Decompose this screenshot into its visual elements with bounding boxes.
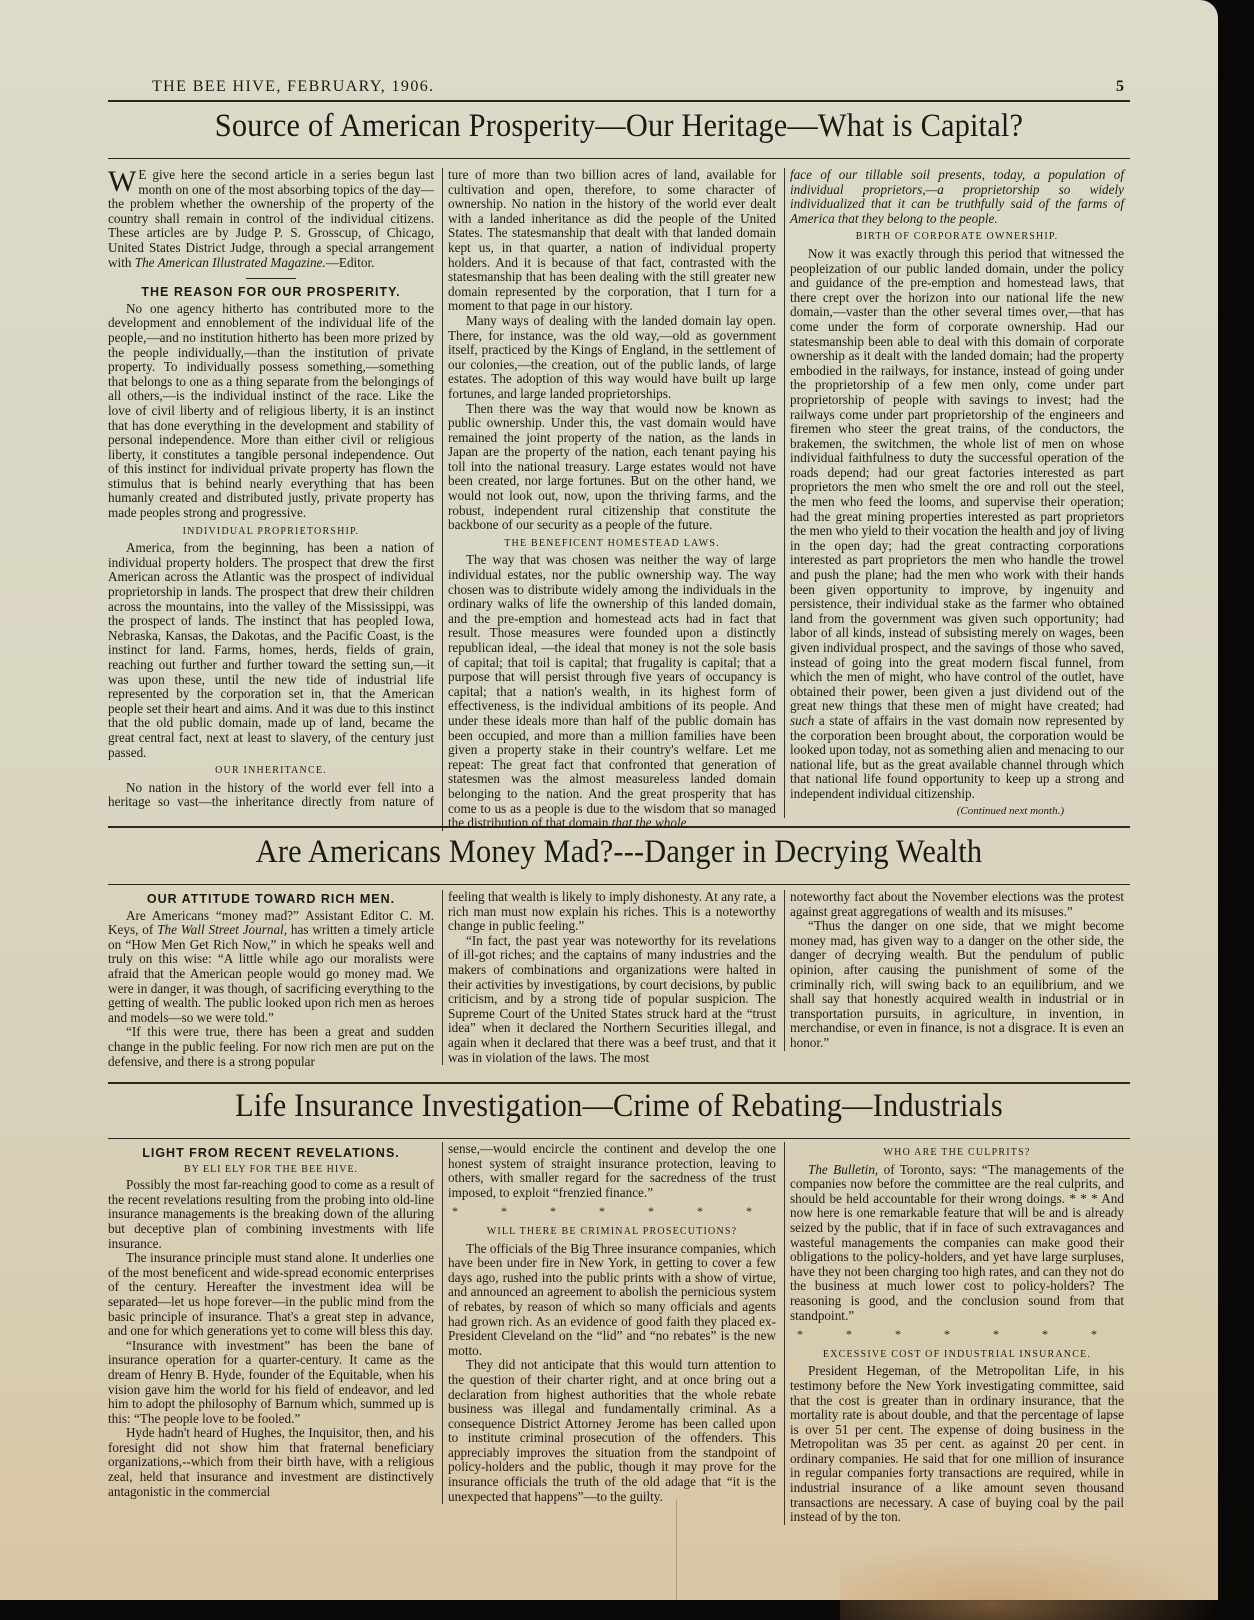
article2-rule <box>108 884 1130 885</box>
article1-rule <box>108 158 1130 159</box>
paragraph: Now it was exactly through this period t… <box>790 247 1124 802</box>
paragraph: Are Americans “money mad?” Assistant Edi… <box>108 909 434 1026</box>
subhead-inheritance: OUR INHERITANCE. <box>108 764 434 779</box>
header-rule <box>108 100 1130 102</box>
paragraph: No one agency hitherto has contributed m… <box>108 302 434 521</box>
paragraph: Possibly the most far-reaching good to c… <box>108 1178 434 1251</box>
page-number: 5 <box>1116 78 1124 96</box>
article1-headline: Source of American Prosperity—Our Herita… <box>149 108 1089 145</box>
paragraph-italic: face of our tillable soil presents, toda… <box>790 168 1124 226</box>
paragraph: Then there was the way that would now be… <box>448 402 776 533</box>
column-rule <box>442 890 443 1065</box>
running-head: THE BEE HIVE, FEBRUARY, 1906. 5 <box>108 76 1130 100</box>
subhead-reason: THE REASON FOR OUR PROSPERITY. <box>108 285 434 300</box>
paragraph: The way that was chosen was neither the … <box>448 553 776 830</box>
paragraph: President Hegeman, of the Metropolitan L… <box>790 1364 1124 1525</box>
paragraph: noteworthy fact about the November elect… <box>790 890 1124 919</box>
paragraph: ture of more than two billion acres of l… <box>448 168 776 314</box>
article2-col2: feeling that wealth is likely to imply d… <box>448 890 776 1065</box>
section-stars: * * * * * * * <box>790 1327 1124 1342</box>
article2-end-rule <box>108 1082 1130 1084</box>
paragraph: Hyde hadn't heard of Hughes, the Inquisi… <box>108 1426 434 1499</box>
article3-col3: WHO ARE THE CULPRITS? The Bulletin, of T… <box>790 1142 1124 1525</box>
page-fold <box>676 1500 677 1600</box>
paragraph: “Insurance with investment” has been the… <box>108 1339 434 1427</box>
subhead-homestead: THE BENEFICENT HOMESTEAD LAWS. <box>448 537 776 552</box>
subhead-rich-men: OUR ATTITUDE TOWARD RICH MEN. <box>108 892 434 907</box>
paragraph: “If this were true, there has been a gre… <box>108 1025 434 1069</box>
subhead-criminal: WILL THERE BE CRIMINAL PROSECUTIONS? <box>448 1225 776 1240</box>
paragraph: feeling that wealth is likely to imply d… <box>448 890 776 934</box>
paragraph: “Thus the danger on one side, that we mi… <box>790 919 1124 1050</box>
paragraph: The officials of the Big Three insurance… <box>448 1242 776 1359</box>
subhead-individual: INDIVIDUAL PROPRIETORSHIP. <box>108 525 434 540</box>
column-rule <box>784 890 785 1051</box>
paragraph: sense,—would encircle the continent and … <box>448 1142 776 1200</box>
article1-col2: ture of more than two billion acres of l… <box>448 168 776 831</box>
column-rule <box>442 1142 443 1504</box>
newspaper-page: THE BEE HIVE, FEBRUARY, 1906. 5 Source o… <box>0 0 1218 1600</box>
paragraph: The Bulletin, of Toronto, says: “The man… <box>790 1163 1124 1324</box>
article1-end-rule <box>108 826 1130 828</box>
subhead-industrial: EXCESSIVE COST OF INDUSTRIAL INSURANCE. <box>790 1348 1124 1363</box>
editor-intro: WE give here the second article in a ser… <box>108 168 434 270</box>
column-rule <box>442 168 443 831</box>
short-divider <box>246 278 296 279</box>
paragraph: “In fact, the past year was noteworthy f… <box>448 934 776 1065</box>
publication-title: THE BEE HIVE, FEBRUARY, 1906. <box>152 78 435 96</box>
subhead-corporate: BIRTH OF CORPORATE OWNERSHIP. <box>790 230 1124 245</box>
continued-note: (Continued next month.) <box>790 804 1064 819</box>
article1-col1: WE give here the second article in a ser… <box>108 168 434 810</box>
paragraph: No nation in the history of the world ev… <box>108 781 434 810</box>
article1-col3: face of our tillable soil presents, toda… <box>790 168 1124 818</box>
column-rule <box>784 1142 785 1525</box>
article3-headline: Life Insurance Investigation—Crime of Re… <box>149 1088 1089 1125</box>
subhead-culprits: WHO ARE THE CULPRITS? <box>790 1146 1124 1161</box>
paragraph: They did not anticipate that this would … <box>448 1358 776 1504</box>
column-rule <box>784 168 785 818</box>
drop-cap: W <box>108 170 136 194</box>
article2-col3: noteworthy fact about the November elect… <box>790 890 1124 1051</box>
article2-headline: Are Americans Money Mad?---Danger in Dec… <box>149 834 1089 871</box>
article3-rule <box>108 1138 1130 1139</box>
water-stain <box>840 1540 1220 1600</box>
article1-body: WE give here the second article in a ser… <box>108 168 1130 818</box>
section-stars: * * * * * * * <box>448 1204 776 1219</box>
article3-col2: sense,—would encircle the continent and … <box>448 1142 776 1504</box>
paragraph: Many ways of dealing with the landed dom… <box>448 314 776 402</box>
article3-col1: LIGHT FROM RECENT REVELATIONS. BY ELI EL… <box>108 1142 434 1499</box>
paragraph: America, from the beginning, has been a … <box>108 541 434 760</box>
article2-col1: OUR ATTITUDE TOWARD RICH MEN. Are Americ… <box>108 890 434 1069</box>
paragraph: The insurance principle must stand alone… <box>108 1251 434 1339</box>
subhead-revelations: LIGHT FROM RECENT REVELATIONS. <box>108 1146 434 1161</box>
article3-body: LIGHT FROM RECENT REVELATIONS. BY ELI EL… <box>108 1142 1130 1502</box>
byline: BY ELI ELY FOR THE BEE HIVE. <box>108 1163 434 1178</box>
article2-body: OUR ATTITUDE TOWARD RICH MEN. Are Americ… <box>108 890 1130 1080</box>
